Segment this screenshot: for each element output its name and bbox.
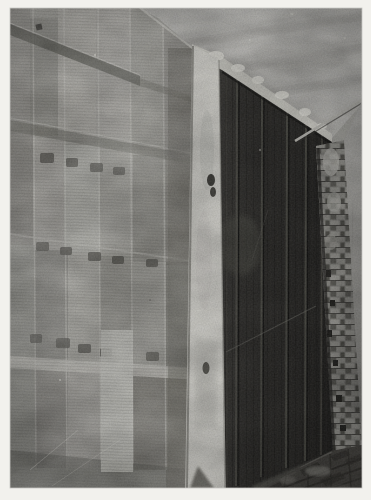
dust-speck	[149, 299, 151, 301]
photo-image	[10, 0, 371, 500]
vignette	[10, 8, 362, 488]
photo-print	[0, 0, 371, 500]
dust-speck	[59, 379, 61, 381]
dust-speck	[259, 149, 261, 151]
dust-speck	[94, 54, 96, 56]
